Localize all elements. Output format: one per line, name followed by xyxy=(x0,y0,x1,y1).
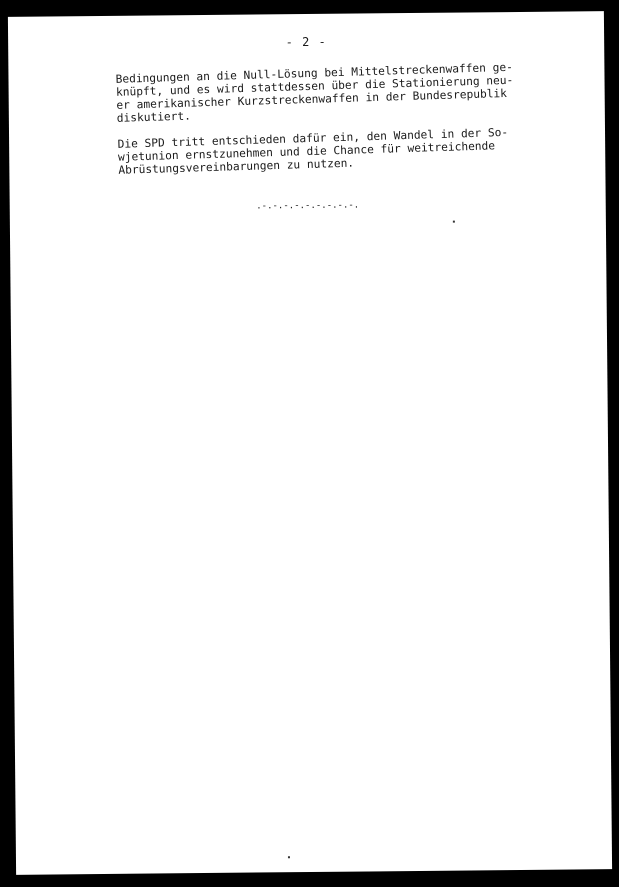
page-number: - 2 - xyxy=(8,32,604,52)
scan-speck xyxy=(453,221,455,223)
paragraph-2: Die SPD tritt entschieden dafür ein, den… xyxy=(117,124,568,177)
body-text: Bedingungen an die Null-Lösung bei Mitte… xyxy=(115,59,568,190)
scan-speck xyxy=(288,856,290,858)
paragraph-1: Bedingungen an die Null-Lösung bei Mitte… xyxy=(115,59,566,125)
scanned-page: - 2 - Bedingungen an die Null-Lösung bei… xyxy=(8,11,612,875)
end-separator: .-.-.-.-.-.-.-.-.-. xyxy=(10,198,606,214)
